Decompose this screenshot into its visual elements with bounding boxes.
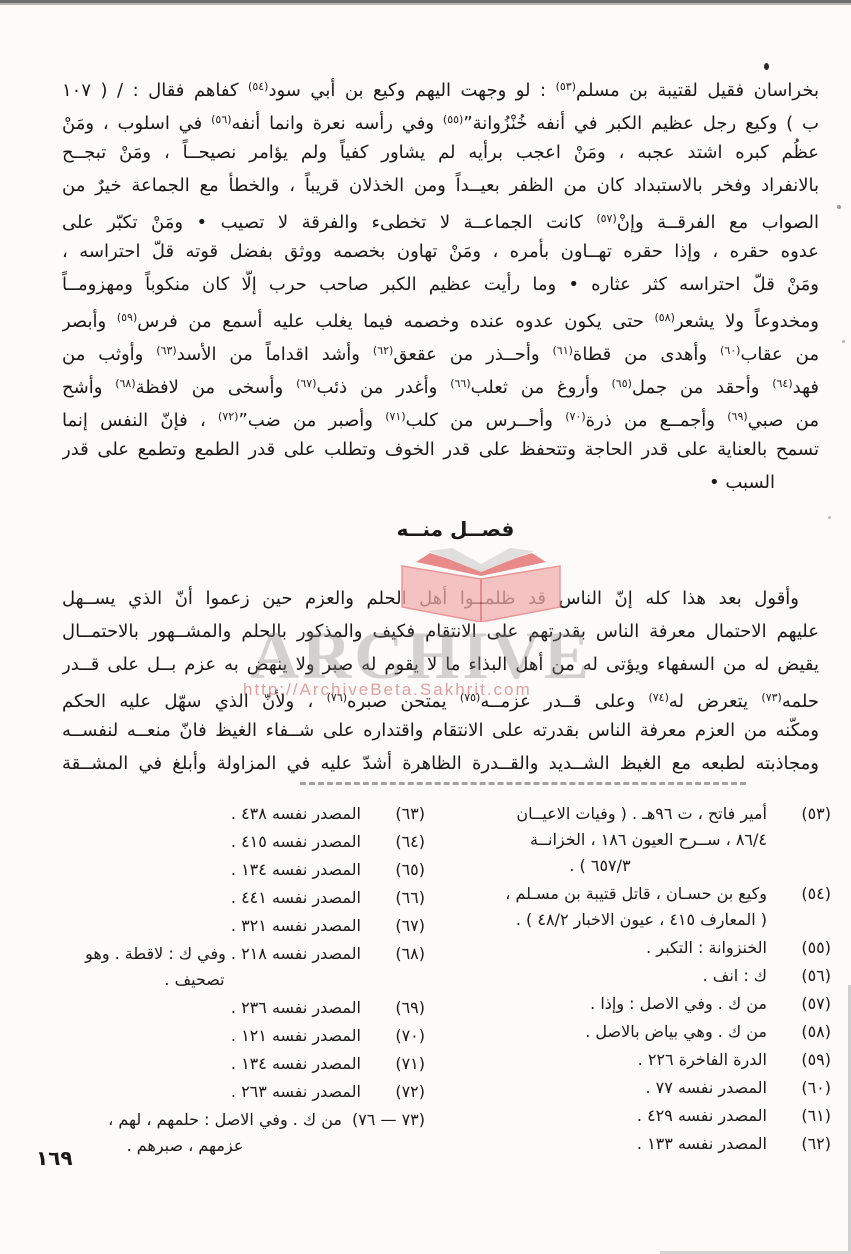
footnote-text-line: من ك . وفي الاصل : وإذا . — [433, 991, 767, 1017]
footnote-row: (٥٨)من ك . وهي بياض بالاصل . — [433, 1019, 831, 1045]
footnote-text: المصدر نفسه ١٣٤ . — [28, 857, 361, 883]
scan-edge-top — [0, 0, 851, 3]
footnote-row: (٦٧)المصدر نفسه ٣٢١ . — [28, 913, 425, 939]
footnote-text-line: المصدر نفسه ٢١٨ . وفي ك : لاقطة . وهو — [28, 941, 361, 967]
body-text-line: السبب • — [62, 466, 819, 499]
footnote-text: أمير فاتح ، ت ٩٦هـ . ( وفيات الاعيــان٨٦… — [433, 801, 767, 879]
footnote-text-line: المصدر نفسه ٤٤١ . — [28, 885, 361, 911]
footnote-number: (٦٨) — [371, 941, 425, 993]
footnote-text-line: المصدر نفسه ٧٧ . — [433, 1075, 767, 1101]
footnote-row: (٥٣)أمير فاتح ، ت ٩٦هـ . ( وفيات الاعيــ… — [433, 801, 831, 879]
footnote-text-line: المصدر نفسه ١٣٤ . — [28, 857, 361, 883]
body-text-line: من صبي(٦٩) وأجمــع من ذرة(٧٠) وأحــرس من… — [62, 400, 819, 433]
body-text-line: يقيض له من السفهاء ويؤتى له من أهل البذا… — [62, 648, 819, 681]
footnote-text: من ك . وهي بياض بالاصل . — [433, 1019, 767, 1045]
footnote-text: المصدر نفسه ٢١٨ . وفي ك : لاقطة . وهوتصح… — [28, 941, 361, 993]
body-text-line: حلمه(٧٣) يتعرض له(٧٤) وعلى قــدر عزمــه(… — [62, 681, 819, 714]
footnote-number: (٧٠) — [371, 1023, 425, 1049]
body-text-line: الصواب مع الفرقــة وإنْ(٥٧) كانت الجماعـ… — [62, 202, 819, 235]
footnote-text: المصدر نفسه ٤١٥ . — [28, 829, 361, 855]
footnote-row: (٦٨)المصدر نفسه ٢١٨ . وفي ك : لاقطة . وه… — [28, 941, 425, 993]
footnote-number: (٦٦) — [371, 885, 425, 911]
footnote-number: (٥٤) — [777, 881, 831, 933]
footnote-row: (٦٤)المصدر نفسه ٤١٥ . — [28, 829, 425, 855]
scan-speck — [764, 63, 769, 70]
footnote-row: (٥٤)وكيع بن حسـان ، قاتل قتيبة بن مسـلم … — [433, 881, 831, 933]
footnote-row: (٥٩)الدرة الفاخرة ٢٢٦ . — [433, 1047, 831, 1073]
footnote-text-line: المصدر نفسه ١٢١ . — [28, 1023, 361, 1049]
body-text-line: تسمح بالعناية على قدر الحاجة وتتحفظ على … — [62, 433, 819, 466]
footnote-number: (٥٨) — [777, 1019, 831, 1045]
footnote-text-line: المصدر نفسه ١٣٣ . — [433, 1131, 767, 1157]
footnote-number: (٧١) — [371, 1051, 425, 1077]
footnote-row: (٦٦)المصدر نفسه ٤٤١ . — [28, 885, 425, 911]
body-paragraph-2: وأقول بعد هذا كله إنّ الناس قد ظلمــوا أ… — [62, 582, 819, 780]
scan-speck — [842, 340, 845, 343]
footnote-text-line: من ك . وفي الاصل : حلمهم ، لهم ، — [28, 1107, 342, 1133]
footnote-text-line: تصحيف . — [28, 967, 361, 993]
footnote-text-line: ك : انف . — [433, 963, 767, 989]
footnote-text-line: أمير فاتح ، ت ٩٦هـ . ( وفيات الاعيــان — [433, 801, 767, 827]
footnote-text-line: ٦٥٧/٣ ) . — [433, 853, 767, 879]
footnote-row: (٦٣)المصدر نفسه ٤٣٨ . — [28, 801, 425, 827]
body-text-line: ومكّنه من العزم معرفة الناس بقدرته على ا… — [62, 714, 819, 747]
footnote-text-line: الدرة الفاخرة ٢٢٦ . — [433, 1047, 767, 1073]
footnote-text-line: وكيع بن حسـان ، قاتل قتيبة بن مسـلم ، — [433, 881, 767, 907]
scanned-book-page: بخراسان فقيل لقتيبة بن مسلم(٥٣) : لو وجه… — [0, 0, 851, 1254]
footnote-number: (٦٤) — [371, 829, 425, 855]
footnote-text-line: المصدر نفسه ٤١٥ . — [28, 829, 361, 855]
footnote-text: المصدر نفسه ٢٣٦ . — [28, 995, 361, 1021]
footnote-text: من ك . وفي الاصل : حلمهم ، لهم ،عزمهم ، … — [28, 1107, 342, 1159]
footnote-text-line: المصدر نفسه ٤٢٩ . — [433, 1103, 767, 1129]
footnote-text: من ك . وفي الاصل : وإذا . — [433, 991, 767, 1017]
footnote-row: (٧١)المصدر نفسه ١٣٤ . — [28, 1051, 425, 1077]
scan-speck — [837, 205, 841, 209]
footnote-row: (٧٢)المصدر نفسه ٢٦٣ . — [28, 1079, 425, 1105]
body-text-line: وأقول بعد هذا كله إنّ الناس قد ظلمــوا أ… — [62, 582, 819, 615]
footnote-text: المصدر نفسه ٤٢٩ . — [433, 1103, 767, 1129]
footnote-number: (٦١) — [777, 1103, 831, 1129]
footnote-number: (٥٣) — [777, 801, 831, 879]
footnote-row: (٦١)المصدر نفسه ٤٢٩ . — [433, 1103, 831, 1129]
footnote-row: (٥٥)الخنزوانة : التكبر . — [433, 935, 831, 961]
footnote-number: (٥٧) — [777, 991, 831, 1017]
page-number: ١٦٩ — [36, 1146, 73, 1170]
footnote-number: (٥٦) — [777, 963, 831, 989]
footnote-row: (٥٦)ك : انف . — [433, 963, 831, 989]
footnote-text: الدرة الفاخرة ٢٢٦ . — [433, 1047, 767, 1073]
footnote-row: (٦٠)المصدر نفسه ٧٧ . — [433, 1075, 831, 1101]
scan-artifact-dashed-line — [300, 782, 746, 785]
footnote-row: (٧٠)المصدر نفسه ١٢١ . — [28, 1023, 425, 1049]
footnote-text: المصدر نفسه ١٣٣ . — [433, 1131, 767, 1157]
footnote-text-line: المصدر نفسه ٢٦٣ . — [28, 1079, 361, 1105]
footnote-row: (٦٥)المصدر نفسه ١٣٤ . — [28, 857, 425, 883]
footnote-text: وكيع بن حسـان ، قاتل قتيبة بن مسـلم ،( ا… — [433, 881, 767, 933]
footnote-number: (٦٩) — [371, 995, 425, 1021]
body-text-line: عظُم كبره اشتد عجبه ، ومَنْ اعجب برأيه ل… — [62, 136, 819, 169]
footnote-number: (٥٥) — [777, 935, 831, 961]
footnote-text: المصدر نفسه ٤٣٨ . — [28, 801, 361, 827]
body-text-line: فهد(٦٤) وأحقد من جمل(٦٥) وأروغ من ثعلب(٦… — [62, 367, 819, 400]
footnotes-column-right: (٥٣)أمير فاتح ، ت ٩٦هـ . ( وفيات الاعيــ… — [433, 801, 831, 1159]
body-text-line: ومجاذبته لطبعه مع الغيظ الشــديد والقــد… — [62, 747, 819, 780]
footnote-number: (٧٣ — ٧٦) — [352, 1107, 425, 1159]
footnote-row: (٦٢)المصدر نفسه ١٣٣ . — [433, 1131, 831, 1157]
footnote-row: (٥٧)من ك . وفي الاصل : وإذا . — [433, 991, 831, 1017]
footnote-text: المصدر نفسه ٣٢١ . — [28, 913, 361, 939]
footnote-text: ك : انف . — [433, 963, 767, 989]
footnote-number: (٦٠) — [777, 1075, 831, 1101]
footnote-text-line: من ك . وهي بياض بالاصل . — [433, 1019, 767, 1045]
body-text-line: من عقاب(٦٠) وأهدى من قطاة(٦١) وأحــذر من… — [62, 334, 819, 367]
footnote-number: (٥٩) — [777, 1047, 831, 1073]
footnote-text-line: عزمهم ، صبرهم . — [28, 1133, 342, 1159]
body-text-line: بالانفراد وفخر بالاستبداد كان من الظفر ب… — [62, 169, 819, 202]
body-text-line: ومَنْ قلّ احتراسه كثر عثاره • وما رأيت ع… — [62, 268, 819, 301]
footnote-text-line: ( المعارف ٤١٥ ، عيون الاخبار ٤٨/٢ ) . — [433, 907, 767, 933]
section-heading: فصــل منــه — [60, 514, 851, 544]
footnote-number: (٦٣) — [371, 801, 425, 827]
body-paragraph-1: بخراسان فقيل لقتيبة بن مسلم(٥٣) : لو وجه… — [62, 70, 819, 499]
footnote-row: (٦٩)المصدر نفسه ٢٣٦ . — [28, 995, 425, 1021]
footnote-number: (٦٢) — [777, 1131, 831, 1157]
body-text-line: عليهم الاحتمال معرفة الناس بقدرتهم على ا… — [62, 615, 819, 648]
footnote-text-line: المصدر نفسه ٣٢١ . — [28, 913, 361, 939]
footnote-text: الخنزوانة : التكبر . — [433, 935, 767, 961]
footnote-number: (٦٥) — [371, 857, 425, 883]
footnote-text-line: الخنزوانة : التكبر . — [433, 935, 767, 961]
footnote-text: المصدر نفسه ٧٧ . — [433, 1075, 767, 1101]
footnote-text: المصدر نفسه ٢٦٣ . — [28, 1079, 361, 1105]
body-text-line: عدوه حقره ، وإذا حقره تهــاون بأمره ، وم… — [62, 235, 819, 268]
footnote-text: المصدر نفسه ١٢١ . — [28, 1023, 361, 1049]
footnote-row: (٧٣ — ٧٦)من ك . وفي الاصل : حلمهم ، لهم … — [28, 1107, 425, 1159]
footnote-number: (٧٢) — [371, 1079, 425, 1105]
body-text-line: بخراسان فقيل لقتيبة بن مسلم(٥٣) : لو وجه… — [62, 70, 819, 103]
footnote-text: المصدر نفسه ٤٤١ . — [28, 885, 361, 911]
footnote-number: (٦٧) — [371, 913, 425, 939]
footnote-text: المصدر نفسه ١٣٤ . — [28, 1051, 361, 1077]
body-text-line: ومخدوعاً ولا يشعر(٥٨) حتى يكون عدوه عنده… — [62, 301, 819, 334]
footnote-text-line: المصدر نفسه ١٣٤ . — [28, 1051, 361, 1077]
footnote-text-line: المصدر نفسه ٢٣٦ . — [28, 995, 361, 1021]
footnote-text-line: المصدر نفسه ٤٣٨ . — [28, 801, 361, 827]
footnote-text-line: ٨٦/٤ ، ســرح العيون ١٨٦ ، الخزانــة — [433, 827, 767, 853]
footnotes-column-left: (٦٣)المصدر نفسه ٤٣٨ .(٦٤)المصدر نفسه ٤١٥… — [28, 801, 425, 1161]
body-text-line: ب ) وكيع رجل عظيم الكبر في أنفه خُنْزُوا… — [62, 103, 819, 136]
